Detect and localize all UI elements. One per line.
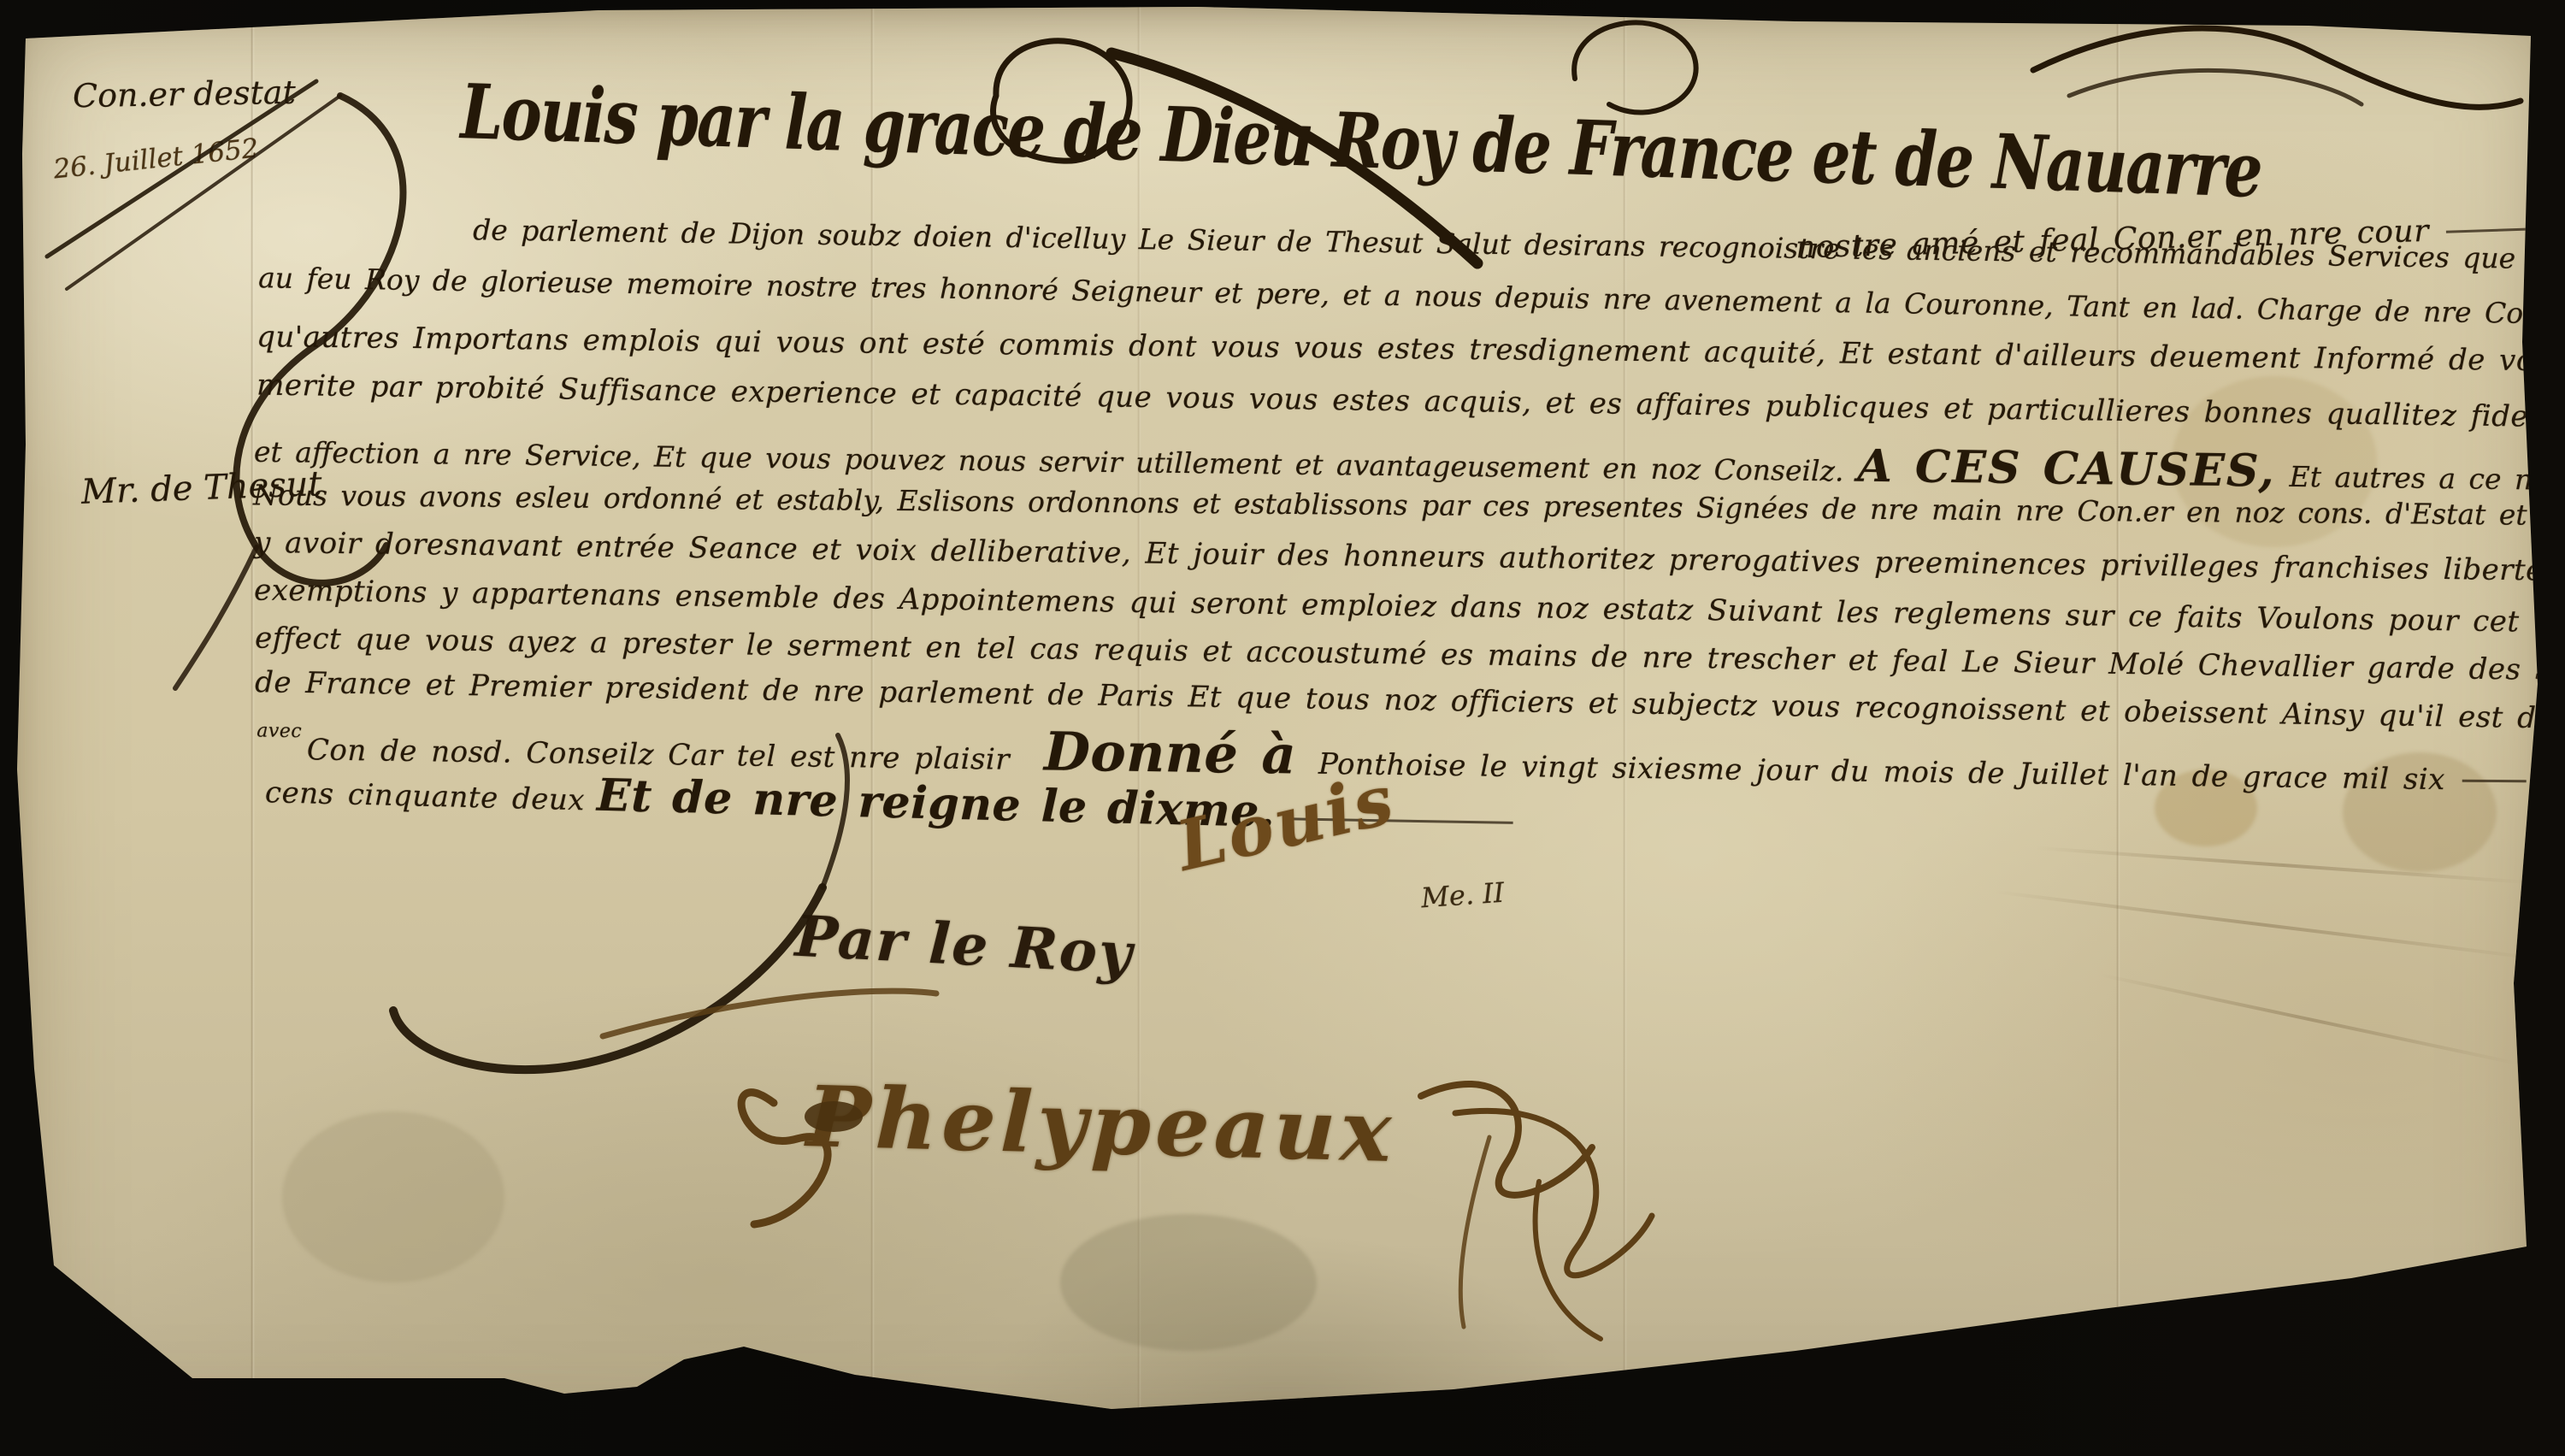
wrinkle-line — [2099, 973, 2518, 1065]
docket-date-note: 26. Juillet 1652 — [52, 133, 260, 186]
clerk-mark: Me. II — [1420, 876, 1506, 915]
line-filler-stroke — [2462, 780, 2527, 783]
parchment-document: Con.er destat 26. Juillet 1652 Mr. de Th… — [0, 0, 2565, 1456]
line-filler-stroke — [2446, 227, 2536, 233]
photo-backdrop: Con.er destat 26. Juillet 1652 Mr. de Th… — [0, 0, 2565, 1456]
donne-a-word: Donné à — [1010, 720, 1319, 787]
fold-crease — [251, 0, 255, 1456]
body-line: qu'autres Importans emplois qui vous ont… — [256, 320, 2527, 378]
body-line-text: Ponthoise le vingt sixiesme jour du mois… — [1318, 747, 2445, 797]
docket-council-note: Con.er destat — [73, 74, 296, 115]
a-ces-causes-emphasis: A CES CAUSES, — [1843, 439, 2290, 497]
body-line-text: cens cinquante deux — [265, 775, 586, 817]
secretary-signature-phelypeaux: Phelypeaux — [805, 1068, 1397, 1182]
interlinear-avec: avec — [256, 720, 307, 742]
stain — [282, 1111, 504, 1282]
royal-intitulation-heading: Louis par la grace de Dieu Roy de France… — [460, 67, 2262, 215]
par-le-roy-subscription: Par le Roy — [793, 903, 1135, 987]
stain — [1060, 1214, 1317, 1351]
body-line: au feu Roy de glorieuse memoire nostre t… — [258, 261, 2527, 330]
body-line-text: Et autres a ce nous mouvans — [2289, 460, 2565, 498]
body-line-text: qu'autres Importans emplois qui vous ont… — [256, 320, 2565, 379]
wrinkle-line — [1994, 890, 2538, 960]
